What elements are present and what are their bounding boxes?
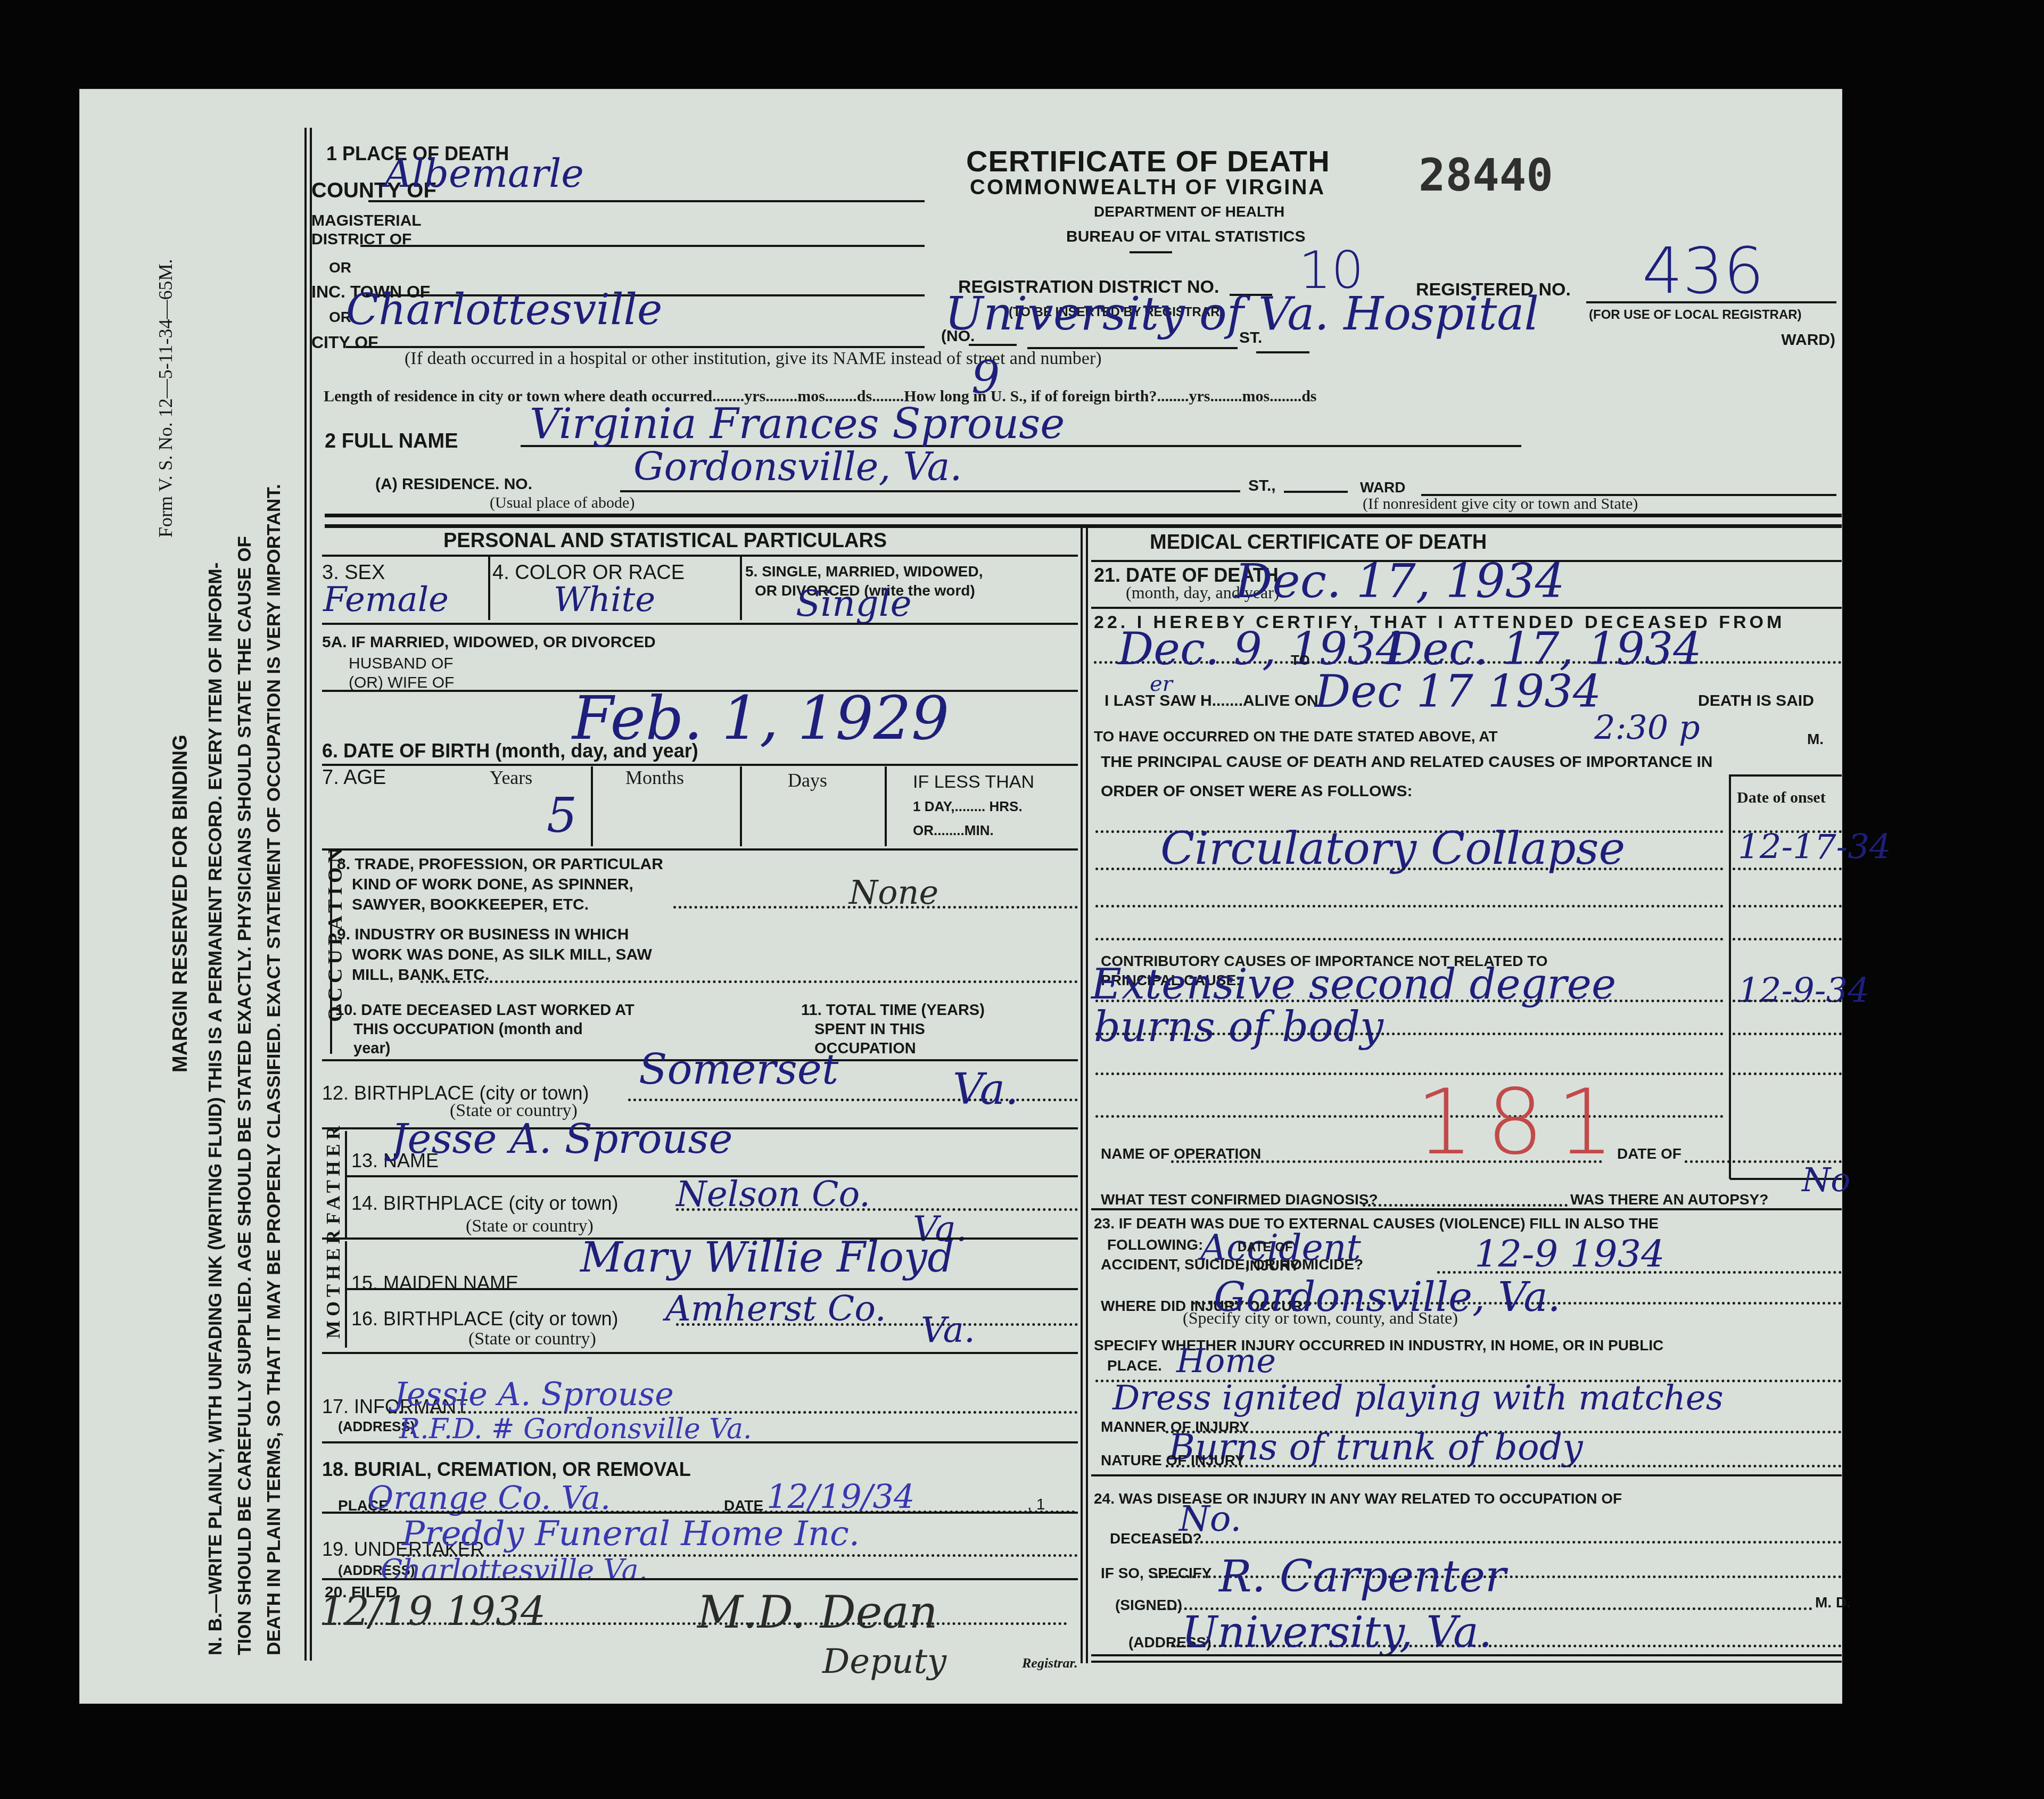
occupation-rel-label-1: 24. WAS DISEASE OR INJURY IN ANY WAY REL… [1094, 1490, 1622, 1507]
time-value: 2:30 p [1594, 708, 1700, 747]
certificate-subtitle: COMMONWEALTH OF VIRGINA [970, 176, 1325, 200]
diagnosis-label: WHAT TEST CONFIRMED DIAGNOSIS? [1101, 1191, 1378, 1208]
principal-cause: Circulatory Collapse [1160, 822, 1625, 874]
residence-ward-label: WARD [1360, 479, 1406, 496]
signed-label: (SIGNED) [1115, 1597, 1182, 1614]
mother-bp-label: 16. BIRTHPLACE (city or town) [351, 1308, 619, 1330]
spouse-label-1: 5A. IF MARRIED, WIDOWED, OR DIVORCED [322, 633, 656, 651]
external-label-1: 23. IF DEATH WAS DUE TO EXTERNAL CAUSES … [1094, 1215, 1659, 1232]
mother-side-label: MOTHER [322, 1226, 344, 1339]
age-less-3: OR........MIN. [913, 822, 994, 839]
last-worked-line-1: 10. DATE DECEASED LAST WORKED AT [335, 1001, 634, 1020]
age-days-divider [885, 766, 887, 846]
county-value: Albemarle [384, 151, 584, 196]
cause-dotline-2 [1095, 868, 1724, 870]
if-so-label: IF SO, SPECIFY [1101, 1565, 1211, 1582]
residence-note-right: (If nonresident give city or town and St… [1363, 495, 1638, 513]
form-number: Form V. S. No. 12—5-11-34—65M. [154, 259, 177, 538]
marital-label-1: 5. SINGLE, MARRIED, WIDOWED, [745, 563, 983, 580]
operation-date-label: DATE OF [1617, 1145, 1682, 1162]
sex-value: Female [323, 580, 449, 620]
registered-no-note: (FOR USE OF LOCAL REGISTRAR) [1589, 308, 1802, 323]
total-time-line-2: SPENT IN THIS [801, 1020, 985, 1039]
age-less-2: 1 DAY,........ HRS. [913, 798, 1023, 815]
residence-label: (A) RESIDENCE. NO. [375, 475, 532, 493]
contrib-dotline-4 [1095, 1115, 1724, 1118]
residence-st-label: ST., [1248, 477, 1276, 495]
ward-line [1256, 351, 1309, 353]
onset-header: Date of onset [1737, 789, 1826, 807]
residence-value: Gordonsville, Va. [633, 444, 962, 489]
county-line [368, 200, 925, 202]
age-less-1: IF LESS THAN [913, 772, 1034, 793]
specify-value: Home [1176, 1341, 1276, 1380]
contrib-dotline-3 [1095, 1072, 1724, 1075]
last-worked-line-2: THIS OCCUPATION (month and [335, 1020, 634, 1039]
contributory-onset: 12-9-34 [1738, 971, 1869, 1011]
certificate-title: CERTIFICATE OF DEATH [966, 144, 1330, 178]
injury-date-label-2: INJURY [1246, 1257, 1300, 1274]
contributory-line-2: burns of body [1094, 1003, 1383, 1051]
cause-label-1: THE PRINCIPAL CAUSE OF DEATH AND RELATED… [1101, 753, 1712, 771]
trade-label-line-1: 8. TRADE, PROFESSION, OR PARTICULAR [337, 854, 663, 874]
onset-dotline-4 [1733, 938, 1842, 940]
injury-date-value: 12-9 1934 [1474, 1232, 1665, 1276]
trade-value: None [849, 873, 938, 912]
instructions-line-2: TION SHOULD BE CAREFULLY SUPPLIED. AGE S… [234, 536, 256, 1655]
bottom-rule-1 [1091, 1654, 1842, 1656]
form-border-left-inner [310, 128, 312, 1661]
autopsy-value: No [1802, 1160, 1851, 1199]
margin-note: MARGIN RESERVED FOR BINDING [169, 735, 192, 1072]
trade-label: 8. TRADE, PROFESSION, OR PARTICULAR KIND… [337, 854, 663, 915]
registrar-signature: M.D. Dean [697, 1586, 938, 1638]
contrib-onset-dotline-1 [1733, 1000, 1842, 1002]
ward-label: WARD) [1781, 331, 1835, 349]
residence-line [620, 490, 1240, 492]
occupation-rel-value: No. [1179, 1498, 1241, 1539]
onset-dotline-3 [1733, 905, 1842, 907]
row-rule-18 [322, 1512, 1078, 1514]
signed-value: R. Carpenter [1219, 1552, 1506, 1602]
age-years-label: Years [490, 766, 532, 789]
trade-label-line-3: SAWYER, BOOKKEEPER, ETC. [337, 895, 663, 915]
personal-heading: PERSONAL AND STATISTICAL PARTICULARS [443, 530, 887, 552]
marital-value: Single [796, 583, 912, 625]
instructions-line-3: DEATH IN PLAIN TERMS, SO THAT IT MAY BE … [263, 484, 285, 1655]
row-rule-16 [322, 1352, 1078, 1354]
row-rule-3 [322, 623, 1078, 625]
industry-label-line-2: WORK WAS DONE, AS SILK MILL, SAW [337, 945, 652, 965]
filed-value: 12/19 1934 [319, 1589, 546, 1635]
city-line [346, 346, 925, 348]
operation-dotline [1171, 1160, 1602, 1163]
residence-length-days: 9 [971, 351, 1000, 403]
onset-header-rule [1730, 774, 1842, 777]
or-label-1: OR [329, 259, 351, 276]
registrar-deputy: Deputy [822, 1642, 946, 1681]
institution-value: University of Va. Hospital [945, 287, 1539, 341]
section-rule-1 [325, 514, 1842, 517]
principal-onset: 12-17-34 [1738, 828, 1891, 867]
occupation-rel-dotline [1147, 1541, 1842, 1544]
autopsy-label: WAS THERE AN AUTOPSY? [1570, 1191, 1768, 1208]
occupation-divider [330, 852, 332, 1054]
magisterial-line [360, 245, 925, 247]
residence-note-left: (Usual place of abode) [490, 494, 634, 512]
no-line [969, 344, 1017, 346]
burial-label: 18. BURIAL, CREMATION, OR REMOVAL [322, 1458, 691, 1481]
where-note: (Specify city or town, county, and State… [1183, 1308, 1458, 1328]
time-label: TO HAVE OCCURRED ON THE DATE STATED ABOV… [1094, 728, 1498, 745]
row-rule-6 [322, 764, 1078, 766]
age-years-value: 5 [547, 788, 577, 844]
cause-label-2: ORDER OF ONSET WERE AS FOLLOWS: [1101, 782, 1413, 801]
undertaker-value: Preddy Funeral Home Inc. [402, 1514, 860, 1554]
spouse-label-3: (OR) WIFE OF [349, 674, 454, 692]
industry-label: 9. INDUSTRY OR BUSINESS IN WHICH WORK WA… [337, 925, 652, 985]
row-rule-23 [1091, 1474, 1842, 1476]
age-label: 7. AGE [322, 766, 386, 789]
industry-label-line-1: 9. INDUSTRY OR BUSINESS IN WHICH [337, 925, 652, 945]
last-saw-label: I LAST SAW H.......ALIVE ON [1105, 692, 1318, 710]
bottom-rule-2 [1091, 1661, 1842, 1663]
cause-dotline-4 [1095, 938, 1724, 940]
informant-addr-value: R.F.D. # Gordonsville Va. [399, 1413, 752, 1445]
race-divider [740, 556, 742, 620]
section-rule-2 [325, 524, 1842, 528]
dob-value: Feb. 1, 1929 [572, 684, 949, 753]
father-bp-sub: (State or country) [394, 1216, 594, 1236]
onset-dotline-2 [1733, 868, 1842, 870]
row-rule-21 [1091, 607, 1842, 609]
total-time-line-1: 11. TOTAL TIME (YEARS) [801, 1001, 985, 1020]
specify-label-2: PLACE. [1107, 1357, 1162, 1374]
informant-value: Jessie A. Sprouse [394, 1376, 674, 1413]
form-border-left-outer [304, 128, 307, 1661]
last-worked-line-3: year) [335, 1039, 634, 1058]
full-name-label: 2 FULL NAME [325, 430, 458, 453]
burial-date-suffix: , 1 [1027, 1496, 1045, 1514]
age-days-label: Days [788, 769, 827, 791]
md-label: M. D. [1815, 1594, 1851, 1611]
mother-name-value: Mary Willie Floyd [580, 1234, 954, 1282]
stamp-number: 28440 [1419, 149, 1553, 201]
injury-date-label-1: DATE OF [1238, 1240, 1293, 1255]
trade-label-line-2: KIND OF WORK DONE, AS SPINNER, [337, 874, 663, 895]
address-value: University, Va. [1182, 1607, 1492, 1657]
contrib-onset-dotline-3 [1733, 1072, 1842, 1075]
magisterial-label: MAGISTERIAL [311, 212, 422, 230]
city-label: CITY OF [311, 333, 378, 352]
death-said-label: DEATH IS SAID [1698, 692, 1814, 710]
sex-divider [488, 556, 490, 620]
residence-st-line [1284, 491, 1348, 493]
medical-heading: MEDICAL CERTIFICATE OF DEATH [1150, 531, 1487, 554]
city-value: Charlottesville [346, 285, 662, 334]
column-divider-2 [1086, 524, 1088, 1663]
dod-value: Dec. 17, 1934 [1235, 554, 1565, 608]
personal-rule [322, 555, 1078, 557]
last-saw-her: er [1150, 672, 1173, 696]
burial-date-value: 12/19/34 [767, 1477, 914, 1516]
age-months-divider [740, 766, 742, 846]
manner-value: Dress ignited playing with matches [1112, 1379, 1723, 1418]
bureau-label: BUREAU OF VITAL STATISTICS [1066, 228, 1305, 246]
birthplace-value: Somerset [639, 1046, 838, 1094]
contrib-dotline-2 [1095, 1033, 1724, 1035]
race-value: White [554, 580, 655, 620]
onset-divider [1729, 774, 1731, 1179]
nature-dotline [1166, 1465, 1842, 1467]
instructions-line-1: N. B.—WRITE PLAINLY, WITH UNFADING INK (… [205, 563, 226, 1655]
last-worked-label: 10. DATE DECEASED LAST WORKED AT THIS OC… [335, 1001, 634, 1058]
cause-dotline-3 [1095, 905, 1724, 907]
last-saw-value: Dec 17 1934 [1315, 665, 1601, 717]
full-name-value: Virginia Frances Sprouse [530, 400, 1065, 448]
father-bp-value: Nelson Co. [676, 1174, 870, 1215]
mother-bp-sub: (State or country) [394, 1329, 596, 1349]
age-years-divider [591, 766, 593, 846]
mother-bp-state: Va. [921, 1309, 975, 1350]
birthplace-state: Va. [953, 1064, 1019, 1114]
diagnosis-dotline [1363, 1204, 1568, 1207]
time-suffix: M. [1807, 731, 1824, 748]
father-name-value: Jesse A. Sprouse [391, 1115, 733, 1162]
mother-divider [345, 1241, 347, 1348]
father-bp-label: 14. BIRTHPLACE (city or town) [351, 1192, 619, 1215]
department-label: DEPARTMENT OF HEALTH [1094, 203, 1284, 220]
registrar-label: Registrar. [1022, 1655, 1078, 1671]
column-divider [1081, 524, 1083, 1663]
industry-dotline [421, 980, 1078, 983]
row-rule-7 [322, 848, 1078, 851]
age-months-label: Months [625, 766, 684, 789]
mother-bp-value: Amherst Co. [665, 1288, 886, 1329]
header-rule [1130, 251, 1172, 253]
contrib-onset-dotline-2 [1733, 1033, 1842, 1035]
red-pencil-mark: 181 [1416, 1070, 1627, 1175]
registered-no-value: 436 [1642, 234, 1764, 308]
row-rule-19 [322, 1578, 1078, 1580]
father-side-label: FATHER [322, 1121, 344, 1224]
row-rule-17 [322, 1441, 1078, 1443]
father-divider [345, 1131, 347, 1237]
contrib-dotline-1 [1095, 1000, 1724, 1002]
external-label-2: FOLLOWING: [1107, 1236, 1203, 1253]
spouse-label-2: HUSBAND OF [349, 655, 454, 673]
undertaker-addr-value: Charlottesville Va. [381, 1553, 648, 1587]
row-rule-diagnosis [1091, 1208, 1842, 1210]
mother-name-label: 15. MAIDEN NAME [351, 1272, 518, 1294]
to-label: TO [1291, 652, 1310, 669]
